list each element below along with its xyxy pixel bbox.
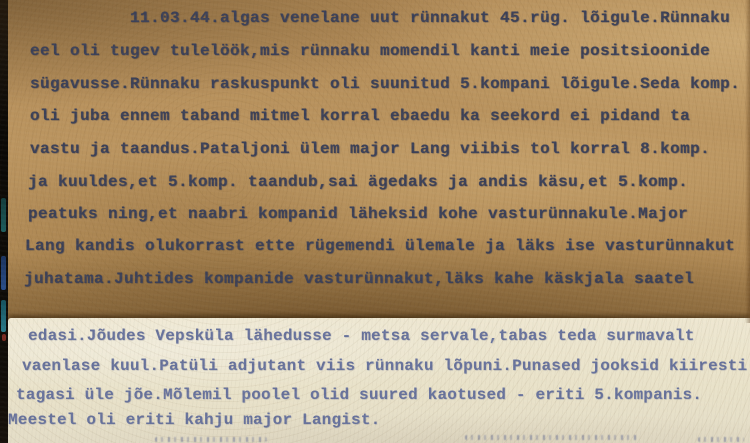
edge-mark xyxy=(1,198,6,232)
edge-mark xyxy=(1,300,6,332)
typed-line: edasi.Jõudes Vepsküla lähedusse - metsa … xyxy=(28,328,695,344)
edge-mark xyxy=(2,334,6,341)
cutoff-line-fragment xyxy=(155,437,267,442)
typed-line: sügavusse.Rünnaku raskuspunkt oli suunit… xyxy=(30,76,740,92)
document-photo: 11.03.44.algas venelane uut rünnakut 45.… xyxy=(0,0,750,443)
typed-line: oli juba ennem taband mitmel korral ebae… xyxy=(30,108,690,124)
typed-line: Meestel oli eriti kahju major Langist. xyxy=(8,412,380,428)
cutoff-line-fragment xyxy=(465,435,640,440)
edge-mark xyxy=(1,256,6,290)
typed-line: Lang kandis olukorrast ette rügemendi ül… xyxy=(25,238,735,254)
typed-line: eel oli tugev tulelöök,mis rünnaku momen… xyxy=(30,43,710,59)
typed-line: vastu ja taandus.Pataljoni ülem major La… xyxy=(30,141,710,157)
cutoff-line-fragment xyxy=(698,437,744,442)
typed-line: 11.03.44.algas venelane uut rünnakut 45.… xyxy=(130,10,730,26)
typed-line: tagasi üle jõe.Mõlemil poolel olid suure… xyxy=(16,387,702,403)
photo-right-shade xyxy=(745,0,750,323)
typed-line: peatuks ning,et naabri kompanid läheksid… xyxy=(28,206,688,222)
typed-line: vaenlase kuul.Patüli adjutant viis rünna… xyxy=(22,358,747,374)
typed-line: ja kuuldes,et 5.komp. taandub,sai ägedak… xyxy=(28,174,688,190)
typed-line: juhatama.Juhtides kompanide vasturünnaku… xyxy=(24,271,694,287)
